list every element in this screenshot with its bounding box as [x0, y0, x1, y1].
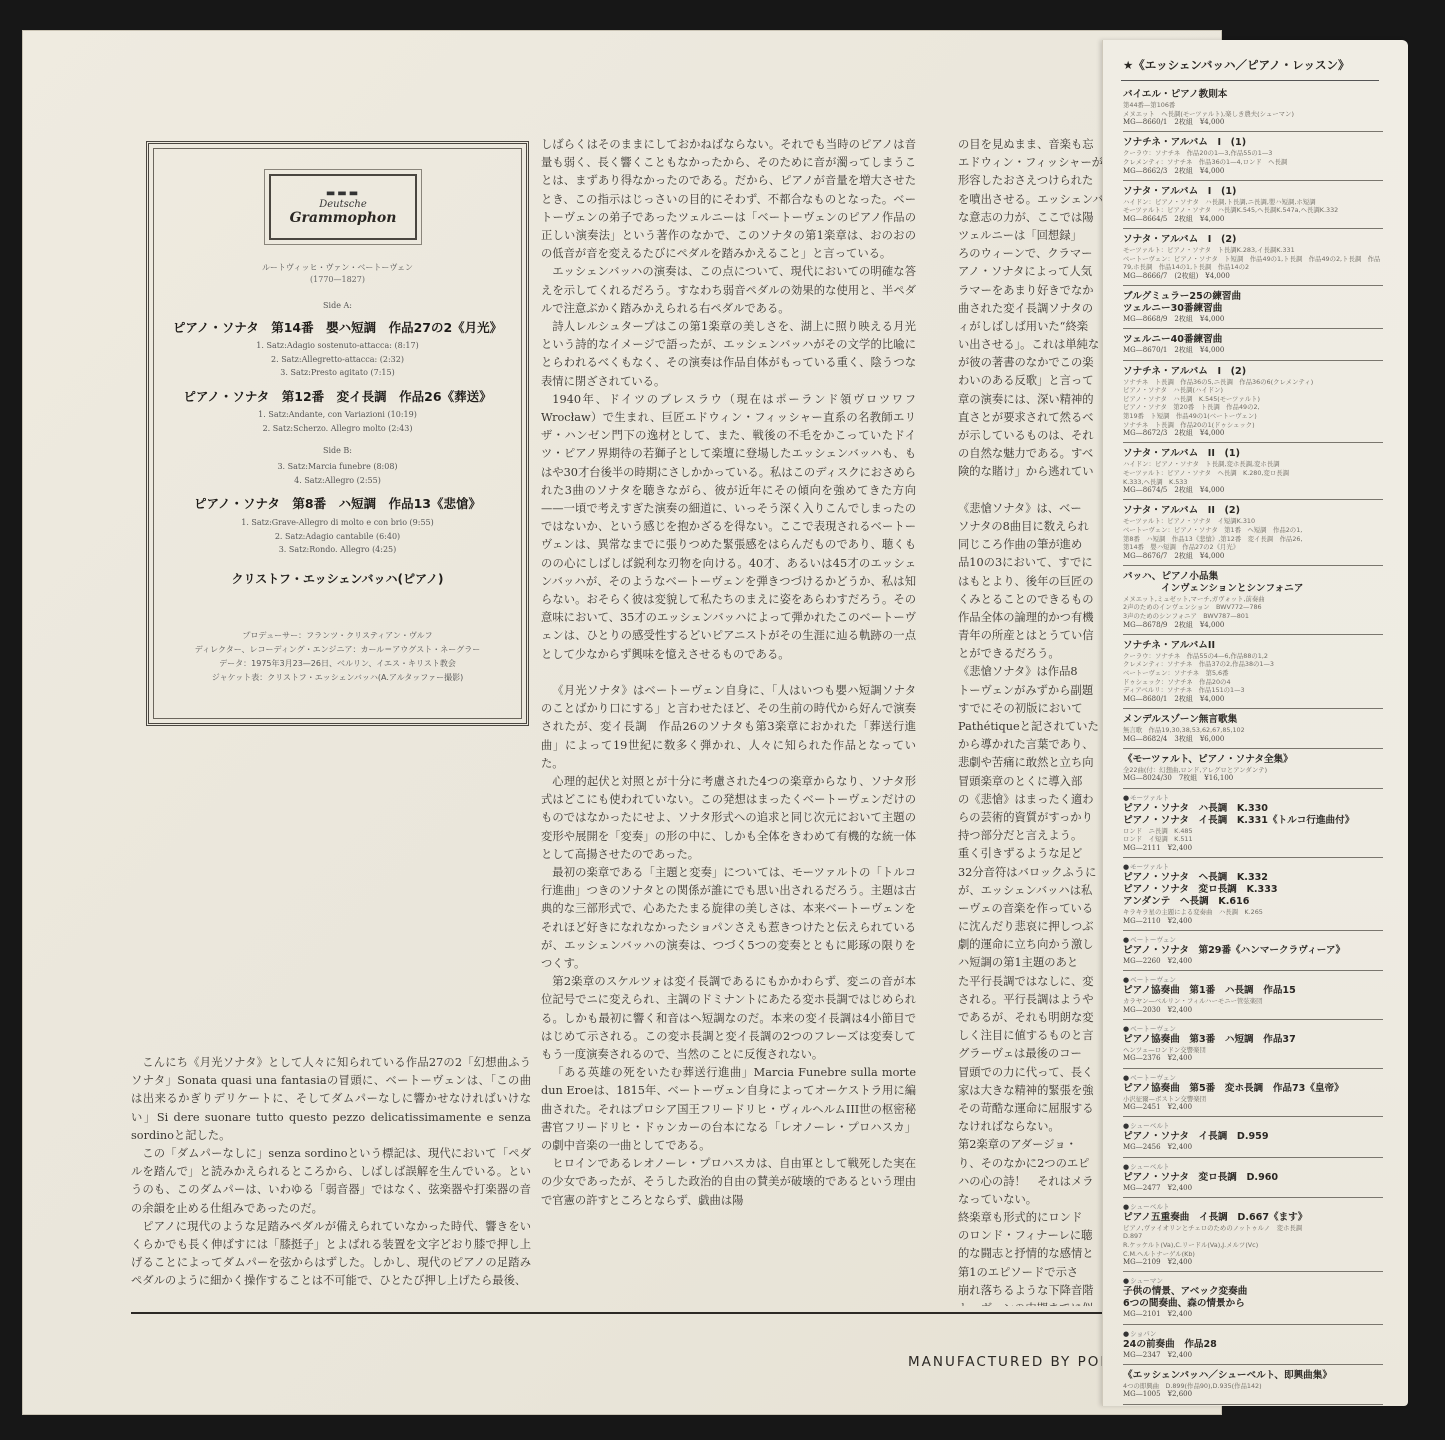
text-line: ソナタの8曲目に数えられ [958, 518, 1103, 536]
work-title-pathetique: ピアノ・ソナタ 第8番 ハ短調 作品13《悲愴》 [149, 494, 526, 512]
paragraph: 心理的起伏と対照とが十分に考慮された4つの楽章からなり、ソナタ形式はどこにも使わ… [541, 773, 916, 864]
text-line: その苛酷な運命に屈服する [958, 1100, 1103, 1118]
catalog-item-contents: ハイドン：ピアノ・ソナタ ト長調,変ホ長調,変ホ長調 [1123, 460, 1383, 469]
text-line: 曲された変イ長調ソナタの [958, 300, 1103, 318]
catalog-number-price: MG—8676/7 2枚組 ¥4,000 [1123, 552, 1383, 561]
text-line: 家は大きな精神的緊張を強 [958, 1082, 1103, 1100]
catalog-item-title: バイエル・ピアノ教則本 [1123, 89, 1383, 101]
text-line: 直さとが要求されて然るべ [958, 409, 1103, 427]
catalog-item-contents: クレメンティ：ソナチネ 作品37の2,作品38の1—3 [1123, 660, 1383, 669]
text-line: が、エッシェンバッハは私 [958, 882, 1103, 900]
text-line: くみとることのできるもの [958, 591, 1103, 609]
composer-category: シューベルト [1123, 1203, 1383, 1212]
text-line: トーヴェンがみずから副題 [958, 682, 1103, 700]
text-line: 作品全体の論理的かつ有機 [958, 609, 1103, 627]
catalog-item-title: ツェルニー40番練習曲 [1123, 334, 1383, 346]
movement: 2. Satz:Scherzo. Allegro molto (2:43) [149, 424, 526, 433]
movement: 2. Satz:Allegretto-attacca: (2:32) [149, 355, 526, 364]
catalog-item-contents: ディアベルリ：ソナチネ 作品151の1—3 [1123, 686, 1383, 695]
catalog-number-price: MG—8668/9 2枚組 ¥4,000 [1123, 315, 1383, 324]
paragraph: ヒロインであるレオノーレ・プロハスカは、自由軍として戦死した実在の少女であったが… [541, 1155, 916, 1210]
movement: 1. Satz:Grave-Allegro di molto e con bri… [149, 518, 526, 527]
catalog-item-contents: 無言歌 作品19,30,38,53,62,67,85,102 [1123, 726, 1383, 735]
obi-catalog-item: ショパン24の前奏曲 作品28MG—2347 ¥2,400 [1123, 1325, 1383, 1365]
text-line: の《悲愴》はまったく適わ [958, 791, 1103, 809]
text-line: 《悲愴ソナタ》は、ベー [958, 500, 1103, 518]
text-line: を噴出させる。エッシェンバ [958, 191, 1103, 209]
text-line: 第1のエピソードで示さ [958, 1264, 1103, 1282]
text-line: エドウィン・フィッシャーが [958, 154, 1103, 172]
text-line: 32分音符はバロックふうに [958, 864, 1103, 882]
catalog-item-title: 24の前奏曲 作品28 [1123, 1339, 1383, 1351]
catalog-item-contents: キラキラ星の主題による変奏曲 ハ長調 K.265 [1123, 908, 1383, 917]
catalog-item-title: ピアノ協奏曲 第3番 ハ短調 作品37 [1123, 1034, 1383, 1046]
text-line: 《悲愴ソナタ》は作品8 [958, 663, 1103, 681]
catalog-number-price: MG—8682/4 3枚組 ¥6,000 [1123, 735, 1383, 744]
obi-catalog-item: ベートーヴェンピアノ・ソナタ 第29番《ハンマークラヴィーア》MG—2260 ¥… [1123, 931, 1383, 971]
producer-credit: プロデューサー：フランツ・クリスティアン・ヴルフ [149, 630, 526, 641]
catalog-item-contents: K.333,ヘ長調 K.533 [1123, 478, 1383, 487]
text-line: はもとより、後年の巨匠の [958, 573, 1103, 591]
catalog-item-contents: ドゥシェック：ソナチネ 作品20の4 [1123, 678, 1383, 687]
catalog-item-title: 《エッシェンバッハ／シューベルト、即興曲集》 [1123, 1370, 1383, 1382]
catalog-item-contents: 2声のためのインヴェンション BWV772—786 [1123, 603, 1383, 612]
catalog-item-contents: R.ケッケルト(Va),C.リードル(Va),J.メルツ(Vc) [1123, 1241, 1383, 1250]
catalog-number-price: MG—2477 ¥2,400 [1123, 1184, 1383, 1193]
text-line: なければならない。 [958, 1118, 1103, 1136]
catalog-item-title: ソナタ・アルバム I (1) [1123, 186, 1383, 198]
obi-catalog-item: バッハ、ピアノ小品集インヴェンションとシンフォニアメヌエット,ミュゼット,マーチ… [1123, 566, 1383, 635]
work-title-funeral: ピアノ・ソナタ 第12番 変イ長調 作品26《葬送》 [149, 387, 526, 405]
catalog-item-contents: ピアノ・ソナタ 第20番 ト長調 作品49の2, [1123, 403, 1383, 412]
obi-catalog-item: ソナタ・アルバム II (1)ハイドン：ピアノ・ソナタ ト長調,変ホ長調,変ホ長… [1123, 443, 1383, 500]
catalog-number-price: MG—8672/3 2枚組 ¥4,000 [1123, 429, 1383, 438]
liner-notes-middle-column: しばらくはそのままにしておかねばならない。それでも当時のピアノは音量も弱く、長く… [541, 136, 916, 1301]
text-line: 同じころ作曲の筆が進め [958, 536, 1103, 554]
catalog-item-contents: モーツァルト：ピアノ・ソナタ ヘ長調 K.280,変ロ長調 [1123, 469, 1383, 478]
text-line: とができるだろう。 [958, 645, 1103, 663]
composer-category: モーツァルト [1123, 863, 1383, 872]
text-line: 第2楽章のアダージョ・ [958, 1136, 1103, 1154]
obi-catalog-item: シューマン子供の情景、アベック変奏曲6つの間奏曲、森の情景からMG—2101 ¥… [1123, 1272, 1383, 1324]
text-line: 持つ部分だと言えよう。 [958, 827, 1103, 845]
composer-category: ショパン [1123, 1330, 1383, 1339]
composer-category: ベートーヴェン [1123, 936, 1383, 945]
text-line: すでにその初版において [958, 700, 1103, 718]
record-jacket-back: ▬▬▬ Deutsche Grammophon ルートヴィッヒ・ヴァン・ベートー… [22, 30, 1222, 1415]
text-line: 章の演奏には、深い精神的 [958, 391, 1103, 409]
obi-strip: ★《エッシェンバッハ／ピアノ・レッスン》 バイエル・ピアノ教則本第44番—第10… [1102, 40, 1408, 1406]
movement: 4. Satz:Allegro (2:55) [149, 476, 526, 485]
text-line: ハの心の詩！ それはメラ [958, 1173, 1103, 1191]
catalog-item-title: ソナタ・アルバム II (1) [1123, 448, 1383, 460]
text-line: な意志の力が、ここでは陽 [958, 209, 1103, 227]
jacket-photo-credit: ジャケット表：クリストフ・エッシェンバッハ(A.アルタッファー撮影) [149, 672, 526, 683]
catalog-item-contents: ソナチネ ト長調 作品20の1(ドゥシェック) [1123, 421, 1383, 430]
catalog-item-contents: モーツァルト：ピアノ・ソナタ ト長調K.283,イ長調K.331 [1123, 246, 1383, 255]
text-line: なっていない。 [958, 1191, 1103, 1209]
catalog-item-contents: モーツァルト：ピアノ・ソナタ ハ長調K.545,ヘ長調K.547a,ヘ長調K.3… [1123, 206, 1383, 215]
movement: 1. Satz:Adagio sostenuto-attacca: (8:17) [149, 341, 526, 350]
bottom-rule-divider [131, 1312, 1223, 1314]
paragraph: しばらくはそのままにしておかねばならない。それでも当時のピアノは音量も弱く、長く… [541, 136, 916, 263]
obi-catalog-item: バイエル・ピアノ教則本第44番—第106番メヌエット ヘ長調(モーツァルト),楽… [1123, 84, 1383, 132]
catalog-item-contents: ベートーヴェン：ソナチネ 第5,6番 [1123, 669, 1383, 678]
catalog-number-price: MG—1005 ¥2,600 [1123, 1390, 1383, 1399]
text-line: ツェルニーは「回想録」 [958, 227, 1103, 245]
text-line: 青年の所産とはとうてい信 [958, 627, 1103, 645]
catalog-item-title: ツェルニー30番練習曲 [1123, 303, 1383, 315]
text-line: 終楽章も形式的にロンド [958, 1209, 1103, 1227]
catalog-number-price: MG—8670/1 2枚組 ¥4,000 [1123, 346, 1383, 355]
text-line: に沈んだり悲哀に押しつぶ [958, 918, 1103, 936]
catalog-item-contents: 第8番 ハ短調 作品13《悲愴》,第12番 変イ長調 作品26, [1123, 535, 1383, 544]
catalog-item-title: ソナチネ・アルバム I (2) [1123, 366, 1383, 378]
catalog-item-title: ソナタ・アルバム II (2) [1123, 505, 1383, 517]
movement: 2. Satz:Adagio cantabile (6:40) [149, 532, 526, 541]
credits-box: ▬▬▬ Deutsche Grammophon ルートヴィッヒ・ヴァン・ベートー… [146, 141, 529, 726]
catalog-item-title: ピアノ協奏曲 第1番 ハ長調 作品15 [1123, 985, 1383, 997]
obi-header-rule [1121, 80, 1379, 81]
composer-category: ベートーヴェン [1123, 976, 1383, 985]
side-a-label: Side A: [149, 301, 526, 310]
catalog-item-contents: ソナチネ ト長調 作品36の5,ニ長調 作品36の6(クレメンティ) [1123, 378, 1383, 387]
text-line: Pathétiqueと記されていた [958, 718, 1103, 736]
paragraph: 詩人レルシュタープはこの第1楽章の美しさを、湖上に照り映える月光という詩的なイメ… [541, 318, 916, 391]
text-line: ラマーをあまり好きでなか [958, 282, 1103, 300]
catalog-item-title: ソナタ・アルバム I (2) [1123, 234, 1383, 246]
obi-catalog-item: ソナタ・アルバム I (2)モーツァルト：ピアノ・ソナタ ト長調K.283,イ長… [1123, 229, 1383, 286]
obi-catalog-item: モーツァルトピアノ・ソナタ ヘ長調 K.332ピアノ・ソナタ 変ロ長調 K.33… [1123, 858, 1383, 931]
catalog-number-price: MG—8666/7 (2枚組) ¥4,000 [1123, 272, 1383, 281]
paragraph: 最初の楽章である「主題と変奏」については、モーツァルトの「トルコ行進曲」つきのソ… [541, 864, 916, 973]
text-line: が示しているものは、それ [958, 427, 1103, 445]
deutsche-grammophon-logo: ▬▬▬ Deutsche Grammophon [269, 174, 417, 240]
paragraph: ピアノに現代のような足踏みペダルが備えられていなかった時代、響きをいくらかでも長… [131, 1218, 531, 1291]
text-line: であるが、それも明朗な変 [958, 1009, 1103, 1027]
recording-data-credit: データ：1975年3月23—26日、ベルリン、イエス・キリスト教会 [149, 658, 526, 669]
composer-category: ベートーヴェン [1123, 1074, 1383, 1083]
composer-dates: (1770—1827) [149, 275, 526, 284]
catalog-number-price: MG—2101 ¥2,400 [1123, 1310, 1383, 1319]
paragraph: 第2楽章のスケルツォは変イ長調であるにもかかわらず、変ニの音が本位記号でニに変え… [541, 973, 916, 1064]
catalog-item-contents: ヘンツェ—ロンドン交響楽団 [1123, 1046, 1383, 1055]
paragraph: この「ダムパーなしに」senza sordinoという標記は、現代において「ペダ… [131, 1145, 531, 1218]
catalog-number-price: MG—8662/3 2枚組 ¥4,000 [1123, 167, 1383, 176]
catalog-number-price: MG—2111 ¥2,400 [1123, 844, 1383, 853]
paragraph: 「ある英雄の死をいたむ葬送行進曲」Marcia Funebre sulla mo… [541, 1064, 916, 1155]
text-line: 悲劇や苦痛に敢然と立ち向 [958, 754, 1103, 772]
logo-line-2: Grammophon [290, 210, 397, 226]
text-line: 的な闘志と抒情的な感情と [958, 1245, 1103, 1263]
text-line: が彼の著書のなかでこの楽 [958, 354, 1103, 372]
text-line: 冒頭での力に代って、長く [958, 1064, 1103, 1082]
paragraph: 1940年、ドイツのブレスラウ（現在はポーランド領ヴロツワフ Wrocław）で… [541, 391, 916, 664]
catalog-item-title: ソナチネ・アルバム I (1) [1123, 137, 1383, 149]
catalog-item-title: ピアノ協奏曲 第5番 変ホ長調 作品73《皇帝》 [1123, 1083, 1383, 1095]
catalog-item-title: インヴェンションとシンフォニア [1123, 583, 1383, 595]
director-credit: ディレクター、レコーディング・エンジニア：カール＝アウグスト・ネーグラー [149, 644, 526, 655]
text-line: アノ・ソナタによって人気 [958, 263, 1103, 281]
catalog-number-price: MG—2110 ¥2,400 [1123, 917, 1383, 926]
catalog-item-contents: クレメンティ：ソナチネ 作品36の1—4,ロンド ヘ長調 [1123, 158, 1383, 167]
text-line: 崩れ落ちるような下降音階 [958, 1282, 1103, 1300]
catalog-item-contents: メヌエット ヘ長調(モーツァルト),楽しき農夫(シューマン) [1123, 110, 1383, 119]
obi-catalog-item: モーツァルトピアノ・ソナタ ハ長調 K.330ピアノ・ソナタ イ長調 K.331… [1123, 789, 1383, 858]
obi-catalog-item: ベートーヴェンピアノ協奏曲 第1番 ハ長調 作品15カラヤン—ベルリン・フィルハ… [1123, 971, 1383, 1020]
obi-catalog-item: ツェルニー40番練習曲MG—8670/1 2枚組 ¥4,000 [1123, 329, 1383, 360]
catalog-item-contents: ピアノ・ソナタ ハ長調(ハイドン) [1123, 386, 1383, 395]
text-line: い出させる」。これは単純な [958, 336, 1103, 354]
catalog-number-price: MG—8664/5 2枚組 ¥4,000 [1123, 215, 1383, 224]
text-line: の目を見ぬまま、音楽も忘 [958, 136, 1103, 154]
obi-catalog-item: ベートーヴェンピアノ協奏曲 第5番 変ホ長調 作品73《皇帝》小沢征爾—ボストン… [1123, 1069, 1383, 1118]
text-line: ハ短調の第1主題のあと [958, 954, 1103, 972]
obi-catalog-item: シューベルトピアノ・ソナタ イ長調 D.959MG—2456 ¥2,400 [1123, 1117, 1383, 1157]
text-line: た平行長調ではなしに、変 [958, 973, 1103, 991]
text-line: ィがしばしば用いた“終楽 [958, 318, 1103, 336]
logo-line-1: Deutsche [319, 199, 367, 210]
text-line: ろのウィーンで、クラマー [958, 245, 1103, 263]
catalog-item-contents: 小沢征爾—ボストン交響楽団 [1123, 1095, 1383, 1104]
catalog-number-price: MG—8674/5 2枚組 ¥4,000 [1123, 486, 1383, 495]
obi-catalog-item: ソナチネ・アルバム I (2)ソナチネ ト長調 作品36の5,ニ長調 作品36の… [1123, 361, 1383, 444]
text-line: のロンド・フィナーレに聴 [958, 1227, 1103, 1245]
text-line: 重く引きずるような足ど [958, 845, 1103, 863]
catalog-number-price: MG—8660/1 2枚組 ¥4,000 [1123, 118, 1383, 127]
catalog-number-price: MG—2376 ¥2,400 [1123, 1054, 1383, 1063]
catalog-item-title: ピアノ・ソナタ 変ロ長調 D.960 [1123, 1172, 1383, 1184]
paragraph: エッシェンバッハの演奏は、この点について、現代においての明確な答えを示してくれる… [541, 263, 916, 318]
catalog-item-title: ピアノ・ソナタ 変ロ長調 K.333 [1123, 884, 1383, 896]
composer-category: ベートーヴェン [1123, 1025, 1383, 1034]
catalog-item-title: ソナチネ・アルバムII [1123, 640, 1383, 652]
catalog-number-price: MG—2030 ¥2,400 [1123, 1006, 1383, 1015]
catalog-item-contents: 3声のためのシンフォニア BWV787—801 [1123, 612, 1383, 621]
catalog-number-price: MG—8680/1 2枚組 ¥4,000 [1123, 695, 1383, 704]
movement: 1. Satz:Andante, con Variazioni (10:19) [149, 410, 526, 419]
text-line: 品10の3において、すでに [958, 554, 1103, 572]
text-line: から導かれた言葉であり、 [958, 736, 1103, 754]
catalog-number-price: MG—8678/9 2枚組 ¥4,000 [1123, 621, 1383, 630]
movement: 3. Satz:Marcia funebre (8:08) [149, 462, 526, 471]
tulip-crest-icon: ▬▬▬ [326, 188, 360, 199]
performer: クリストフ・エッシェンバッハ(ピアノ) [149, 570, 526, 587]
catalog-item-contents: C.M.ヘルトナーゲル(Kb) [1123, 1250, 1383, 1259]
catalog-item-contents: モーツァルト：ピアノ・ソナタ イ短調K.310 [1123, 517, 1383, 526]
catalog-item-title: ピアノ五重奏曲 イ長調 D.667《ます》 [1123, 1212, 1383, 1224]
obi-catalog-item: ベートーヴェンピアノ協奏曲 第3番 ハ短調 作品37ヘンツェ—ロンドン交響楽団M… [1123, 1020, 1383, 1069]
catalog-item-title: 6つの間奏曲、森の情景から [1123, 1298, 1383, 1310]
catalog-item-contents: ベートーヴェン：ピアノ・ソナタ 第1番 ヘ短調 作品2の1, [1123, 526, 1383, 535]
catalog-item-title: ピアノ・ソナタ ヘ長調 K.332 [1123, 872, 1383, 884]
catalog-item-contents: 第19番 ト短調 作品49の1(ベートーヴェン) [1123, 412, 1383, 421]
obi-catalog-item: ソナタ・アルバム II (2)モーツァルト：ピアノ・ソナタ イ短調K.310ベー… [1123, 500, 1383, 566]
text-line [958, 482, 1103, 500]
obi-series-header: ★《エッシェンバッハ／ピアノ・レッスン》 [1123, 57, 1350, 73]
obi-catalog-item: ソナチネ・アルバムIIクーラウ：ソナチネ 作品55の4—6,作品88の1,2クレ… [1123, 635, 1383, 709]
catalog-item-title: ピアノ・ソナタ ハ長調 K.330 [1123, 803, 1383, 815]
catalog-item-title: ピアノ・ソナタ イ長調 D.959 [1123, 1131, 1383, 1143]
side-b-label: Side B: [149, 446, 526, 455]
obi-catalog-item: 《エッシェンバッハ／シューベルト、即興曲集》4つの即興曲 D.899(作品90)… [1123, 1365, 1383, 1405]
obi-catalog-item: シューベルトピアノ五重奏曲 イ長調 D.667《ます》ピアノ,ヴァイオリンとチェ… [1123, 1198, 1383, 1273]
obi-catalog-item: 《モーツァルト、ピアノ・ソナタ全集》全22曲(付：幻想曲,ロンド,アレグロとアン… [1123, 749, 1383, 789]
obi-catalog-item: ソナタ・アルバム I (1)ハイドン：ピアノ・ソナタ ハ長調,ト長調,ニ長調,嬰… [1123, 181, 1383, 229]
text-line: 冒頭楽章のとくに導入部 [958, 773, 1103, 791]
obi-catalog-item: ブルグミュラー25の練習曲ツェルニー30番練習曲MG—8668/9 2枚組 ¥4… [1123, 286, 1383, 329]
catalog-item-contents: カラヤン—ベルリン・フィルハーモニー管弦楽団 [1123, 997, 1383, 1006]
catalog-item-contents: 第14番 嬰ハ短調 作品27の2《月光》 [1123, 543, 1383, 552]
text-line: ーヴェの音楽を作っている [958, 900, 1103, 918]
catalog-item-title: ピアノ・ソナタ イ長調 K.331《トルコ行進曲付》 [1123, 815, 1383, 827]
composer-name: ルートヴィッヒ・ヴァン・ベートーヴェン [149, 262, 526, 273]
catalog-number-price: MG—2451 ¥2,400 [1123, 1103, 1383, 1112]
obi-catalog-list: バイエル・ピアノ教則本第44番—第106番メヌエット ヘ長調(モーツァルト),楽… [1123, 84, 1383, 1405]
catalog-item-contents: ベートーヴェン：ピアノ・ソナタ ト短調 作品49の1,ト長調 作品49の2,ト長… [1123, 255, 1383, 272]
paragraph: 《月光ソナタ》はベートーヴェン自身に、「人はいつも嬰ハ短調ソナタのことばかり口に… [541, 682, 916, 773]
liner-notes-right-column-partial: の目を見ぬまま、音楽も忘エドウィン・フィッシャーが形容したおさえつけられたを噴出… [958, 136, 1103, 1306]
text-line: グラーヴェは最後のコー [958, 1045, 1103, 1063]
text-line: 劇的運命に立ち向かう激し [958, 936, 1103, 954]
catalog-item-contents: 4つの即興曲 D.899(作品90),D.935(作品142) [1123, 1382, 1383, 1391]
text-line: 険的な賭け」から逃れてい [958, 463, 1103, 481]
catalog-item-contents: クーラウ：ソナチネ 作品20の1—3,作品55の1—3 [1123, 149, 1383, 158]
catalog-number-price: MG—2456 ¥2,400 [1123, 1143, 1383, 1152]
composer-category: モーツァルト [1123, 794, 1383, 803]
manufactured-by-text: MANUFACTURED BY POL [908, 1354, 1103, 1370]
movement: 3. Satz:Presto agitato (7:15) [149, 368, 526, 377]
catalog-item-contents: ロンド イ短調 K.511 [1123, 835, 1383, 844]
catalog-item-title: ブルグミュラー25の練習曲 [1123, 291, 1383, 303]
text-line: しく注目に値するものと言 [958, 1027, 1103, 1045]
liner-notes-left-column: こんにち《月光ソナタ》として人々に知られている作品27の2「幻想曲ふうソナタ」S… [131, 1054, 531, 1304]
text-line: される。平行長調はようや [958, 991, 1103, 1009]
obi-catalog-item: メンデルスゾーン無言歌集無言歌 作品19,30,38,53,62,67,85,1… [1123, 709, 1383, 749]
catalog-item-contents: ロンド ニ長調 K.485 [1123, 827, 1383, 836]
text-line: らの芸術的資質がすっかり [958, 809, 1103, 827]
obi-catalog-item: シューベルトピアノ・ソナタ 変ロ長調 D.960MG—2477 ¥2,400 [1123, 1158, 1383, 1198]
composer-category: シューベルト [1123, 1163, 1383, 1172]
text-line: り、そのなかに2つのエピ [958, 1155, 1103, 1173]
catalog-item-contents: 第44番—第106番 [1123, 101, 1383, 110]
catalog-number-price: MG—2109 ¥2,400 [1123, 1258, 1383, 1267]
catalog-item-title: バッハ、ピアノ小品集 [1123, 571, 1383, 583]
catalog-item-title: 子供の情景、アベック変奏曲 [1123, 1286, 1383, 1298]
catalog-item-title: 《モーツァルト、ピアノ・ソナタ全集》 [1123, 754, 1383, 766]
catalog-number-price: MG—2260 ¥2,400 [1123, 957, 1383, 966]
catalog-number-price: MG—8024/30 7枚組 ¥16,100 [1123, 774, 1383, 783]
catalog-number-price: MG—2347 ¥2,400 [1123, 1351, 1383, 1360]
movement: 3. Satz:Rondo. Allegro (4:25) [149, 545, 526, 554]
text-line: 形容したおさえつけられた [958, 172, 1103, 190]
catalog-item-title: ピアノ・ソナタ 第29番《ハンマークラヴィーア》 [1123, 945, 1383, 957]
text-line: トーヴェンの中期までに似 [958, 1300, 1103, 1306]
catalog-item-title: アンダンテ ヘ長調 K.616 [1123, 896, 1383, 908]
obi-catalog-item: ソナチネ・アルバム I (1)クーラウ：ソナチネ 作品20の1—3,作品55の1… [1123, 132, 1383, 180]
paragraph: こんにち《月光ソナタ》として人々に知られている作品27の2「幻想曲ふうソナタ」S… [131, 1054, 531, 1145]
work-title-moonlight: ピアノ・ソナタ 第14番 嬰ハ短調 作品27の2《月光》 [149, 318, 526, 336]
catalog-item-title: メンデルスゾーン無言歌集 [1123, 714, 1383, 726]
text-line: わいのある反歌」と言って [958, 372, 1103, 390]
catalog-item-contents: ピアノ,ヴァイオリンとチェロのためのノットゥルノ 変ホ長調 [1123, 1224, 1383, 1233]
catalog-item-contents: D.897 [1123, 1232, 1383, 1241]
text-line: の自然な魅力である。すべ [958, 445, 1103, 463]
